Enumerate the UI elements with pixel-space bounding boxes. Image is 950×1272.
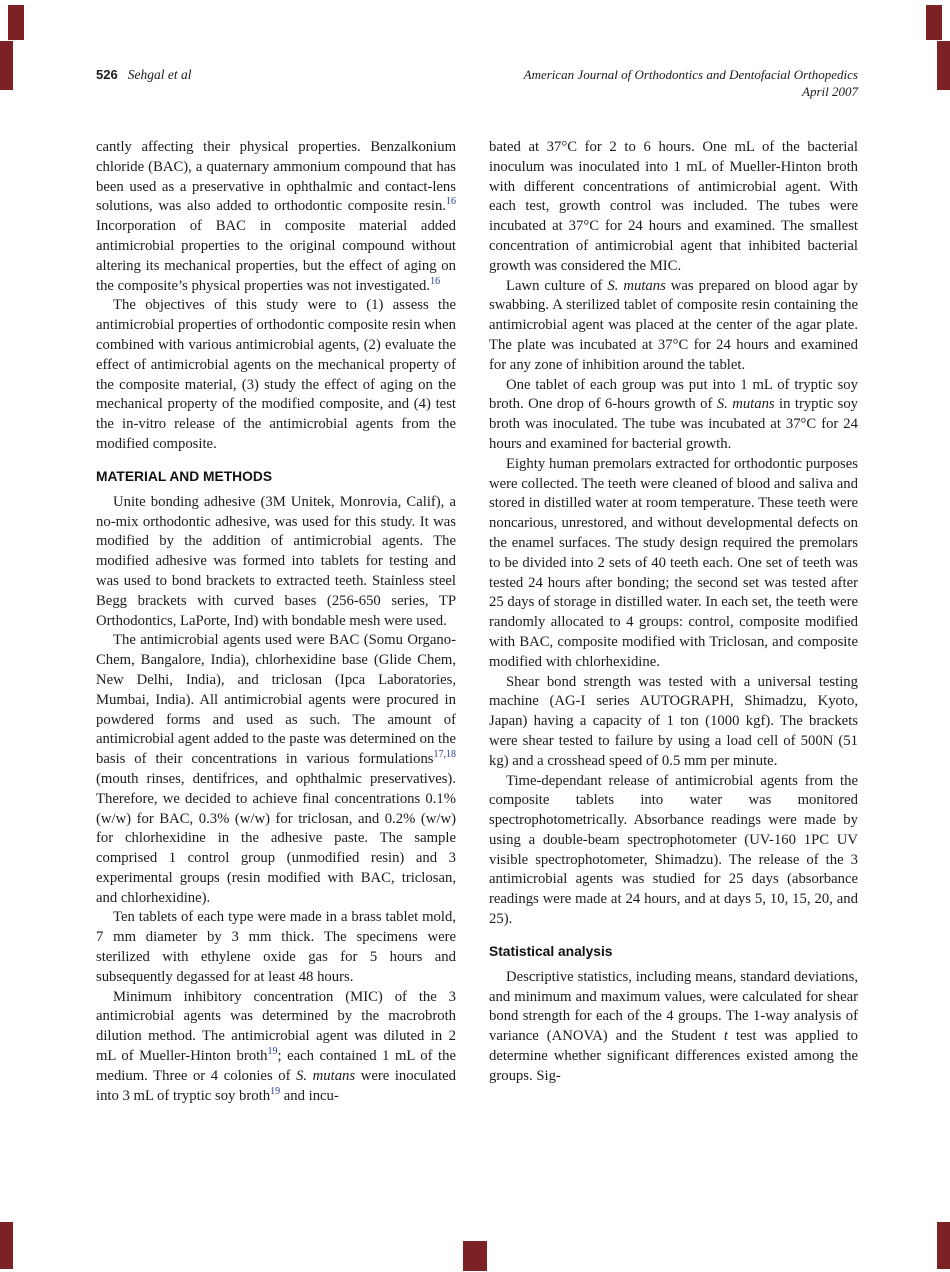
text-run: S. mutans [607, 278, 665, 294]
text-run: (mouth rinses, dentifrices, and ophthalm… [96, 771, 456, 906]
scan-mark-bottom-left [0, 1222, 13, 1269]
citation-ref[interactable]: 16 [430, 276, 440, 287]
text-run: cantly affecting their physical properti… [96, 139, 456, 214]
right-column: bated at 37°C for 2 to 6 hours. One mL o… [489, 138, 858, 1106]
text-run: The antimicrobial agents used were BAC (… [96, 632, 456, 767]
citation-ref[interactable]: 16 [446, 197, 456, 208]
text-run: Ten tablets of each type were made in a … [96, 909, 456, 984]
text-run: Incorporation of BAC in composite materi… [96, 218, 456, 293]
scan-mark-bottom-center [463, 1241, 487, 1271]
text-run: MATERIAL AND METHODS [96, 469, 272, 484]
scan-mark-top-left [8, 5, 24, 40]
issue-date: April 2007 [524, 83, 858, 100]
left-column: cantly affecting their physical properti… [96, 138, 456, 1106]
body-paragraph: Time-dependant release of antimicrobial … [489, 772, 858, 930]
body-paragraph: Eighty human premolars extracted for ort… [489, 455, 858, 673]
citation-ref[interactable]: 19 [270, 1086, 280, 1097]
body-paragraph: The antimicrobial agents used were BAC (… [96, 631, 456, 908]
body-paragraph: Ten tablets of each type were made in a … [96, 908, 456, 987]
body-paragraph: Unite bonding adhesive (3M Unitek, Monro… [96, 493, 456, 632]
section-heading: MATERIAL AND METHODS [96, 468, 456, 486]
page-header: 526Sehgal et al American Journal of Orth… [96, 66, 858, 100]
citation-ref[interactable]: 19 [268, 1046, 278, 1057]
text-run: Time-dependant release of antimicrobial … [489, 773, 858, 928]
journal-title: American Journal of Orthodontics and Den… [524, 66, 858, 83]
text-run: bated at 37°C for 2 to 6 hours. One mL o… [489, 139, 858, 274]
text-run: The objectives of this study were to (1)… [96, 297, 456, 452]
scan-mark-left-edge [0, 41, 13, 90]
body-paragraph: Descriptive statistics, including means,… [489, 968, 858, 1087]
body-paragraph: bated at 37°C for 2 to 6 hours. One mL o… [489, 138, 858, 277]
body-paragraph: cantly affecting their physical properti… [96, 138, 456, 296]
text-run: Shear bond strength was tested with a un… [489, 674, 858, 769]
scan-mark-top-right [926, 5, 942, 40]
running-head-left: 526Sehgal et al [96, 66, 191, 83]
running-authors: Sehgal et al [128, 67, 192, 82]
text-run: Unite bonding adhesive (3M Unitek, Monro… [96, 494, 456, 629]
text-run: S. mutans [296, 1068, 355, 1084]
page-number: 526 [96, 67, 118, 82]
scan-mark-right-edge [937, 41, 950, 90]
scan-mark-bottom-right [937, 1222, 950, 1269]
citation-ref[interactable]: 17,18 [434, 749, 457, 760]
text-run: Eighty human premolars extracted for ort… [489, 456, 858, 670]
body-paragraph: Shear bond strength was tested with a un… [489, 673, 858, 772]
body-paragraph: The objectives of this study were to (1)… [96, 296, 456, 454]
subsection-heading: Statistical analysis [489, 943, 858, 961]
text-run: S. mutans [717, 396, 775, 412]
running-head-right: American Journal of Orthodontics and Den… [524, 66, 858, 100]
text-run: Lawn culture of [506, 278, 607, 294]
text-run: Statistical analysis [489, 944, 612, 959]
article-body: cantly affecting their physical properti… [96, 138, 858, 1106]
body-paragraph: One tablet of each group was put into 1 … [489, 376, 858, 455]
body-paragraph: Minimum inhibitory concentration (MIC) o… [96, 988, 456, 1107]
text-run: and incu- [280, 1088, 339, 1104]
body-paragraph: Lawn culture of S. mutans was prepared o… [489, 277, 858, 376]
